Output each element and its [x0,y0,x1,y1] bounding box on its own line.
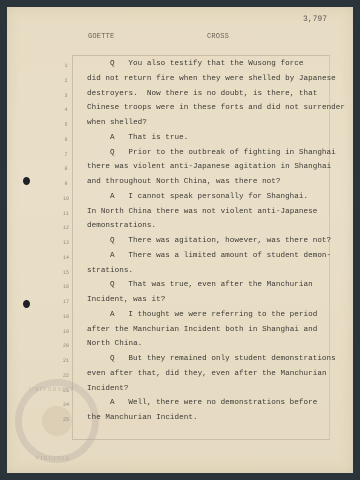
line-text: Incident? [87,385,128,393]
page-number: 3,797 [303,15,327,24]
line-number: 13 [59,240,73,246]
transcript-line: 24A Well, there were no demonstrations b… [7,399,353,413]
line-text: did not return fire when they were shell… [87,75,336,83]
transcript-line: 16Q That was true, even after the Manchu… [7,281,353,295]
line-text: there was violent anti-Japanese agitatio… [87,163,331,171]
line-text: A I thought we were referring to the per… [110,311,317,319]
line-number: 2 [59,78,73,84]
witness-name: GOETTE [88,33,114,41]
transcript-line: 5when shelled? [7,119,353,133]
line-number: 12 [59,225,73,231]
transcript-line: 9and throughout North China, was there n… [7,178,353,192]
transcript-line: 17Incident, was it? [7,296,353,310]
line-number: 18 [59,314,73,320]
transcript-line: 2did not return fire when they were shel… [7,75,353,89]
examination-type: CROSS [207,33,229,41]
line-text: when shelled? [87,119,147,127]
line-number: 9 [59,181,73,187]
line-number: 1 [59,63,73,69]
transcript-line: 22even after that, did they, even after … [7,370,353,384]
line-text: Q That was true, even after the Manchuri… [110,281,313,289]
line-text: A I cannot speak personally for Shanghai… [110,193,308,201]
line-number: 21 [59,358,73,364]
line-number: 8 [59,166,73,172]
transcript-line: 7Q Prior to the outbreak of fighting in … [7,149,353,163]
line-number: 3 [59,93,73,99]
line-text: demonstrations. [87,222,156,230]
line-number: 14 [59,255,73,261]
line-text: Q There was agitation, however, was ther… [110,237,331,245]
line-number: 23 [59,388,73,394]
transcript-line: 20North China. [7,340,353,354]
line-text: Chinese troops were in these forts and d… [87,104,345,112]
line-text: Incident, was it? [87,296,165,304]
line-number: 11 [59,211,73,217]
transcript-line: 14A There was a limited amount of studen… [7,252,353,266]
seal-bottom-text: VIRGINIA [35,456,70,462]
transcript-line: 8there was violent anti-Japanese agitati… [7,163,353,177]
transcript-line: 25the Manchurian Incident. [7,414,353,428]
line-number: 25 [59,417,73,423]
transcript-line: 23Incident? [7,385,353,399]
line-number: 17 [59,299,73,305]
line-number: 5 [59,122,73,128]
line-text: the Manchurian Incident. [87,414,198,422]
line-text: A That is true. [110,134,188,142]
line-text: even after that, did they, even after th… [87,370,327,378]
line-text: A There was a limited amount of student … [110,252,331,260]
transcript-line: 13Q There was agitation, however, was th… [7,237,353,251]
line-number: 20 [59,343,73,349]
line-number: 22 [59,373,73,379]
line-text: In North China there was not violent ant… [87,208,317,216]
line-text: Q You also testify that the Wusong force [110,60,304,68]
line-text: A Well, there were no demonstrations bef… [110,399,317,407]
line-text: and throughout North China, was there no… [87,178,281,186]
transcript-line: 21Q But they remained only student demon… [7,355,353,369]
line-number: 24 [59,402,73,408]
transcript-line: 1Q You also testify that the Wusong forc… [7,60,353,74]
transcript-line: 11In North China there was not violent a… [7,208,353,222]
transcript-line: 6A That is true. [7,134,353,148]
line-number: 6 [59,137,73,143]
line-number: 15 [59,270,73,276]
line-text: North China. [87,340,142,348]
line-text: strations. [87,267,133,275]
transcript-line: 4Chinese troops were in these forts and … [7,104,353,118]
line-number: 4 [59,107,73,113]
line-number: 10 [59,196,73,202]
transcript-line: 15strations. [7,267,353,281]
line-text: after the Manchurian Incident both in Sh… [87,326,317,334]
line-number: 16 [59,284,73,290]
line-text: Q Prior to the outbreak of fighting in S… [110,149,336,157]
transcript-line: 10A I cannot speak personally for Shangh… [7,193,353,207]
transcript-line: 12demonstrations. [7,222,353,236]
transcript-page: GOETTE CROSS 3,797 UNIVERSITY VIRGINIA 1… [7,7,353,473]
line-number: 19 [59,329,73,335]
line-text: destroyers. Now there is no doubt, is th… [87,90,317,98]
transcript-line: 19after the Manchurian Incident both in … [7,326,353,340]
line-text: Q But they remained only student demonst… [110,355,336,363]
transcript-line: 18A I thought we were referring to the p… [7,311,353,325]
line-number: 7 [59,152,73,158]
transcript-line: 3destroyers. Now there is no doubt, is t… [7,90,353,104]
